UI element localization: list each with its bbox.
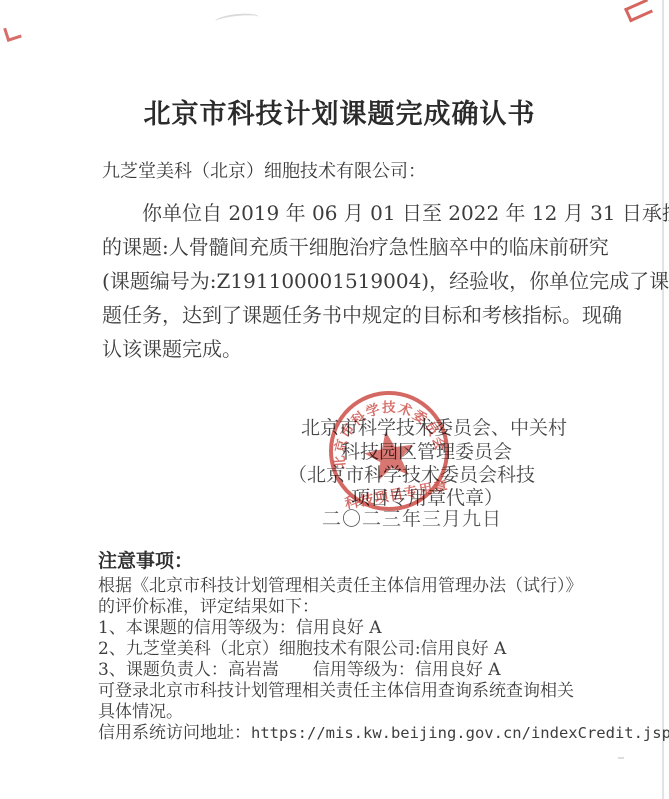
- document-title: 北京市科技计划课题完成确认书: [0, 92, 669, 131]
- red-ink-fragment-top-left: [3, 24, 22, 42]
- body-line: 题任务，达到了课题任务书中规定的目标和考核指标。现确: [102, 298, 622, 332]
- note-line: 1、本课题的信用等级为：信用良好 A: [98, 618, 638, 639]
- seal-star-icon: [361, 427, 418, 482]
- body-line: 的课题:人骨髓间充质干细胞治疗急性脑卒中的临床前研究: [102, 230, 622, 264]
- note-line: 的评价标准，评定结果如下：: [98, 597, 638, 618]
- note-line: 根据《北京市科技计划管理相关责任主体信用管理办法（试行）》: [98, 576, 638, 597]
- official-seal-graphic: 北京市科学技术委员会 科技项目专用章: [312, 374, 466, 528]
- note-line: 具体情况。: [98, 702, 638, 723]
- body-paragraph: 你单位自 2019 年 06 月 01 日至 2022 年 12 月 31 日承…: [102, 196, 622, 366]
- notes-block: 根据《北京市科技计划管理相关责任主体信用管理办法（试行）》 的评价标准，评定结果…: [98, 576, 638, 744]
- scan-speck: [618, 757, 624, 759]
- scanned-document-page: 北京市科技计划课题完成确认书 九芝堂美科（北京）细胞技术有限公司： 你单位自 2…: [0, 0, 669, 799]
- body-line: 你单位自 2019 年 06 月 01 日至 2022 年 12 月 31 日承…: [102, 196, 622, 230]
- credit-system-url-line: 信用系统访问地址： https://mis.kw.beijing.gov.cn/…: [98, 723, 638, 744]
- note-line: 3、课题负责人：高岩嵩 信用等级为：信用良好 A: [98, 660, 638, 681]
- scan-smudge: [215, 12, 260, 28]
- official-seal: 北京市科学技术委员会 科技项目专用章: [312, 374, 466, 528]
- body-line: 认该课题完成。: [102, 332, 622, 366]
- url-label: 信用系统访问地址：: [98, 723, 251, 744]
- red-ink-fragment-top-right: [624, 0, 653, 22]
- url-text: https://mis.kw.beijing.gov.cn/indexCredi…: [251, 723, 669, 744]
- note-line: 可登录北京市科技计划管理相关责任主体信用查询系统查询相关: [98, 681, 638, 702]
- note-line: 2、九芝堂美科（北京）细胞技术有限公司:信用良好 A: [98, 639, 638, 660]
- notes-heading: 注意事项：: [98, 546, 193, 573]
- body-line: (课题编号为:Z191100001519004)，经验收，你单位完成了课: [102, 264, 622, 298]
- salutation-line: 九芝堂美科（北京）细胞技术有限公司：: [102, 157, 426, 183]
